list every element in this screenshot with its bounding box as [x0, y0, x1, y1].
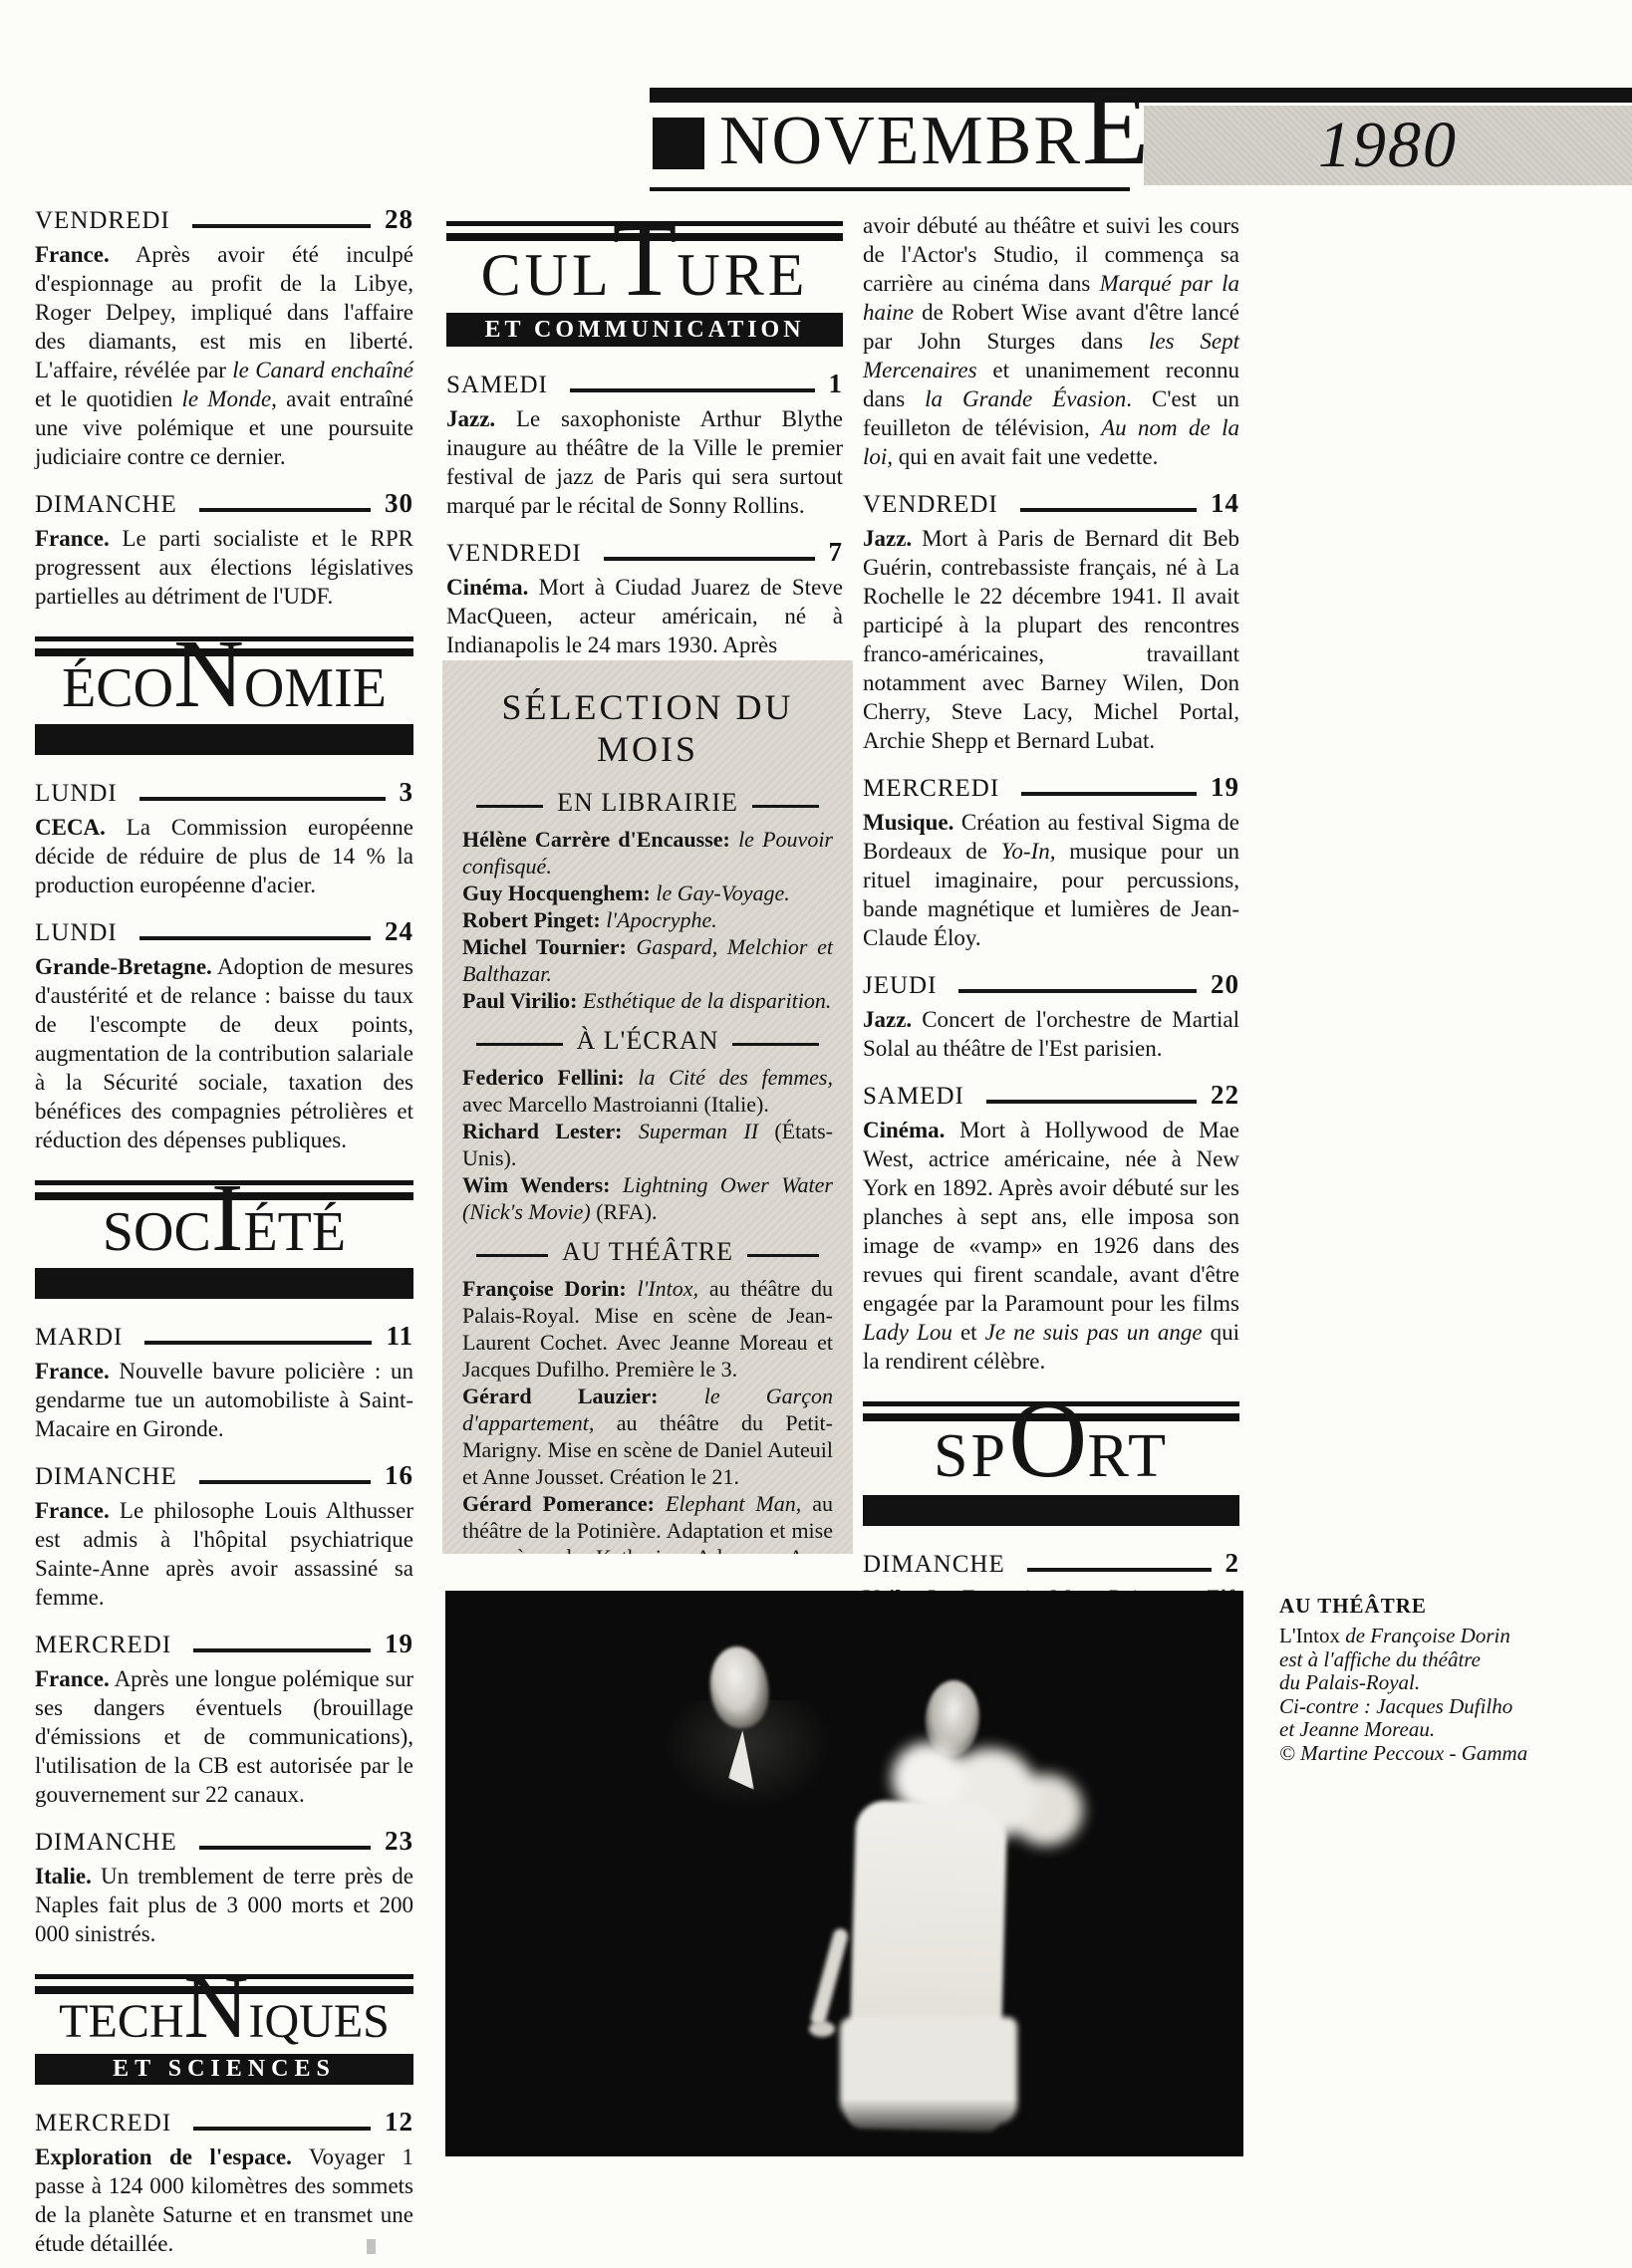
- entry-body: Exploration de l'espace. Voyager 1 passe…: [35, 2142, 413, 2258]
- caption-title: AU THÉÂTRE: [1279, 1594, 1626, 1619]
- event-entry: MERCREDI 19 Musique. Création au festiva…: [863, 772, 1239, 952]
- entry-rule: [1021, 792, 1197, 796]
- magazine-page: NOVEMBRE 1980 VENDREDI 28 France. Après …: [0, 0, 1632, 2268]
- entry-head: JEUDI 20: [863, 969, 1239, 1000]
- entry-date-number: 12: [385, 2107, 413, 2138]
- event-entry: DIMANCHE 30 France. Le parti socialiste …: [35, 488, 413, 611]
- selection-subhead-ecran: À L'ÉCRAN: [462, 1026, 833, 1056]
- column-right: avoir débuté au théâtre et suivi les cou…: [863, 211, 1239, 1670]
- subhead-rule-right: [752, 805, 819, 808]
- entry-rule: [192, 224, 371, 228]
- caption-line: © Martine Peccoux - Gamma: [1279, 1742, 1626, 1766]
- entry-day: LUNDI: [35, 919, 118, 947]
- caption-line: est à l'affiche du théâtre: [1279, 1648, 1626, 1672]
- entry-day: SAMEDI: [863, 1083, 964, 1111]
- entry-rule: [1027, 1568, 1212, 1572]
- entry-day: VENDREDI: [863, 491, 998, 519]
- subhead-rule-right: [732, 1043, 819, 1046]
- selection-item: Hélène Carrère d'Encausse: le Pouvoir co…: [462, 826, 833, 880]
- selection-item: Federico Fellini: la Cité des femmes, av…: [462, 1064, 833, 1118]
- entry-body: Musique. Création au festival Sigma de B…: [863, 808, 1239, 952]
- entry-date-number: 28: [385, 204, 413, 235]
- entry-head: DIMANCHE 23: [35, 1826, 413, 1857]
- selection-subhead-librairie: EN LIBRAIRIE: [462, 788, 833, 818]
- actress-arm: [809, 1927, 849, 2027]
- selection-subhead-theatre: AU THÉÂTRE: [462, 1237, 833, 1267]
- entry-rule: [604, 557, 815, 561]
- entry-head: LUNDI 24: [35, 916, 413, 947]
- entry-date-number: 16: [385, 1460, 413, 1491]
- entry-date-number: 7: [829, 537, 844, 568]
- entry-date-number: 3: [400, 777, 414, 808]
- continuation-paragraph: avoir débuté au théâtre et suivi les cou…: [863, 211, 1239, 471]
- event-entry: MERCREDI 19 France. Après une longue pol…: [35, 1629, 413, 1809]
- event-entry: DIMANCHE 23 Italie. Un tremblement de te…: [35, 1826, 413, 1948]
- entry-rule: [1020, 508, 1197, 512]
- entry-head: MERCREDI 12: [35, 2107, 413, 2138]
- entry-head: MARDI 11: [35, 1321, 413, 1352]
- caption-line: L'Intox de Françoise Dorin: [1279, 1625, 1626, 1648]
- entry-body: Cinéma. Mort à Hollywood de Mae West, ac…: [863, 1116, 1239, 1376]
- subhead-rule-left: [476, 1254, 548, 1257]
- month-title-big-letter: E: [1082, 66, 1151, 187]
- section-title: SPORT: [863, 1425, 1239, 1487]
- selection-item: Paul Virilio: Esthétique de la dispariti…: [462, 987, 833, 1014]
- entry-day: VENDREDI: [446, 540, 582, 568]
- entry-date-number: 19: [385, 1629, 413, 1659]
- entry-body: France. Après une longue polémique sur s…: [35, 1664, 413, 1809]
- entry-day: MERCREDI: [35, 1632, 171, 1659]
- section-black-bar: ET COMMUNICATION: [446, 313, 843, 347]
- subhead-rule-left: [476, 805, 543, 808]
- entry-day: MARDI: [35, 1324, 123, 1352]
- entry-body: France. Le philosophe Louis Althusser es…: [35, 1496, 413, 1612]
- section-black-bar: [35, 1268, 413, 1299]
- entry-head: VENDREDI 28: [35, 204, 413, 235]
- entry-body: Cinéma. Mort à Ciudad Juarez de Steve Ma…: [446, 573, 843, 659]
- section-title: ÉCONOMIE: [35, 660, 413, 716]
- section-header-culture: CULTURE ET COMMUNICATION: [446, 221, 843, 347]
- caption-line: Ci-contre : Jacques Dufilho: [1279, 1695, 1626, 1719]
- entry-date-number: 24: [385, 916, 413, 947]
- entry-date-number: 1: [829, 369, 844, 399]
- entry-head: MERCREDI 19: [863, 772, 1239, 803]
- subhead-rule-right: [747, 1254, 819, 1257]
- entry-day: JEUDI: [863, 972, 937, 1000]
- page-bottom-mark: [367, 2239, 376, 2254]
- entry-head: MERCREDI 19: [35, 1629, 413, 1659]
- photo-floor-shadow: [445, 2099, 1243, 2156]
- selection-item: Michel Tournier: Gaspard, Melchior et Ba…: [462, 933, 833, 987]
- selection-title: SÉLECTION DU MOIS: [462, 686, 833, 770]
- entry-day: DIMANCHE: [35, 1829, 177, 1857]
- event-entry: MERCREDI 12 Exploration de l'espace. Voy…: [35, 2107, 413, 2258]
- header-underline: [650, 187, 1130, 191]
- event-entry: VENDREDI 7 Cinéma. Mort à Ciudad Juarez …: [446, 537, 843, 659]
- event-entry: MARDI 11 France. Nouvelle bavure policiè…: [35, 1321, 413, 1443]
- subhead-rule-left: [476, 1043, 563, 1046]
- entry-body: Italie. Un tremblement de terre près de …: [35, 1862, 413, 1948]
- entry-day: SAMEDI: [446, 372, 548, 399]
- section-black-bar: [35, 724, 413, 755]
- event-entry: LUNDI 3 CECA. La Commission européenne d…: [35, 777, 413, 899]
- entry-rule: [199, 1846, 371, 1850]
- selection-du-mois-panel: SÉLECTION DU MOIS EN LIBRAIRIE Hélène Ca…: [442, 660, 853, 1554]
- section-black-bar: ET SCIENCES: [35, 2054, 413, 2085]
- selection-item: Richard Lester: Superman II (États-Unis)…: [462, 1118, 833, 1171]
- entry-body: Jazz. Mort à Paris de Bernard dit Beb Gu…: [863, 524, 1239, 755]
- event-entry: JEUDI 20 Jazz. Concert de l'orchestre de…: [863, 969, 1239, 1063]
- selection-item: Guy Hocquenghem: le Gay-Voyage.: [462, 880, 833, 906]
- entry-date-number: 22: [1211, 1080, 1239, 1111]
- event-entry: LUNDI 24 Grande-Bretagne. Adoption de me…: [35, 916, 413, 1154]
- entry-rule: [144, 1341, 372, 1345]
- stage-photo: [445, 1591, 1243, 2156]
- month-square-bullet-icon: [653, 118, 704, 169]
- caption-line: et Jeanne Moreau.: [1279, 1718, 1626, 1742]
- entry-date-number: 2: [1225, 1548, 1240, 1579]
- event-entry: DIMANCHE 16 France. Le philosophe Louis …: [35, 1460, 413, 1612]
- column-middle: CULTURE ET COMMUNICATION SAMEDI 1 Jazz. …: [446, 209, 843, 659]
- entry-body: Jazz. Concert de l'orchestre de Martial …: [863, 1005, 1239, 1063]
- section-header-economie: ÉCONOMIE: [35, 636, 413, 755]
- entry-date-number: 30: [385, 488, 413, 519]
- selection-item: Françoise Dorin: l'Intox, au théâtre du …: [462, 1275, 833, 1383]
- entry-date-number: 20: [1211, 969, 1239, 1000]
- entry-body: CECA. La Commission européenne décide de…: [35, 813, 413, 899]
- entry-rule: [199, 1480, 371, 1484]
- caption-line: du Palais-Royal.: [1279, 1671, 1626, 1695]
- section-header-societe: SOCIÉTÉ: [35, 1180, 413, 1299]
- entry-body: Jazz. Le saxophoniste Arthur Blythe inau…: [446, 404, 843, 520]
- entry-body: France. Après avoir été inculpé d'espion…: [35, 240, 413, 471]
- entry-rule: [193, 2127, 371, 2131]
- photo-caption: AU THÉÂTRE L'Intox de Françoise Dorin es…: [1279, 1594, 1626, 1765]
- event-entry: SAMEDI 22 Cinéma. Mort à Hollywood de Ma…: [863, 1080, 1239, 1376]
- selection-item: Wim Wenders: Lightning Ower Water (Nick'…: [462, 1171, 833, 1225]
- entry-body: France. Le parti socialiste et le RPR pr…: [35, 524, 413, 611]
- section-title: CULTURE: [446, 245, 843, 305]
- selection-item: Gérard Pomerance: Elephant Man, au théât…: [462, 1490, 833, 1554]
- entry-rule: [139, 797, 386, 801]
- entry-date-number: 23: [385, 1826, 413, 1857]
- entry-rule: [570, 388, 815, 392]
- selection-item: Gérard Lauzier: le Garçon d'appartement,…: [462, 1383, 833, 1490]
- entry-rule: [139, 936, 371, 940]
- event-entry: VENDREDI 14 Jazz. Mort à Paris de Bernar…: [863, 488, 1239, 755]
- entry-head: DIMANCHE 2: [863, 1548, 1239, 1579]
- month-title: NOVEMBRE: [719, 96, 1138, 187]
- selection-item: Robert Pinget: l'Apocryphe.: [462, 906, 833, 933]
- section-title: SOCIÉTÉ: [35, 1204, 413, 1260]
- entry-day: MERCREDI: [35, 2110, 171, 2138]
- entry-head: DIMANCHE 30: [35, 488, 413, 519]
- section-header-sport: SPORT: [863, 1401, 1239, 1526]
- entry-rule: [958, 989, 1197, 993]
- section-header-techniques: TECHNIQUES ET SCIENCES: [35, 1974, 413, 2085]
- year-badge: 1980: [1144, 106, 1632, 185]
- entry-day: DIMANCHE: [35, 1463, 177, 1491]
- entry-head: VENDREDI 7: [446, 537, 843, 568]
- entry-rule: [193, 1648, 371, 1652]
- entry-body: Grande-Bretagne. Adoption de mesures d'a…: [35, 952, 413, 1154]
- entry-date-number: 14: [1211, 488, 1239, 519]
- entry-day: DIMANCHE: [35, 491, 177, 519]
- entry-head: VENDREDI 14: [863, 488, 1239, 519]
- entry-head: LUNDI 3: [35, 777, 413, 808]
- event-entry: SAMEDI 1 Jazz. Le saxophoniste Arthur Bl…: [446, 369, 843, 520]
- event-entry: VENDREDI 28 France. Après avoir été incu…: [35, 204, 413, 471]
- entry-date-number: 19: [1211, 772, 1239, 803]
- month-title-small: NOVEMBR: [719, 103, 1082, 179]
- entry-body: France. Nouvelle bavure policière : un g…: [35, 1357, 413, 1443]
- actress-hand: [809, 2021, 835, 2037]
- entry-head: SAMEDI 1: [446, 369, 843, 399]
- section-title: TECHNIQUES: [35, 1998, 413, 2046]
- entry-day: VENDREDI: [35, 207, 170, 235]
- entry-date-number: 11: [386, 1321, 413, 1352]
- entry-day: DIMANCHE: [863, 1551, 1005, 1579]
- entry-day: LUNDI: [35, 780, 118, 808]
- entry-head: SAMEDI 22: [863, 1080, 1239, 1111]
- entry-rule: [199, 508, 371, 512]
- entry-day: MERCREDI: [863, 775, 999, 803]
- entry-rule: [986, 1100, 1197, 1104]
- column-left: VENDREDI 28 France. Après avoir été incu…: [35, 204, 413, 2258]
- entry-head: DIMANCHE 16: [35, 1460, 413, 1491]
